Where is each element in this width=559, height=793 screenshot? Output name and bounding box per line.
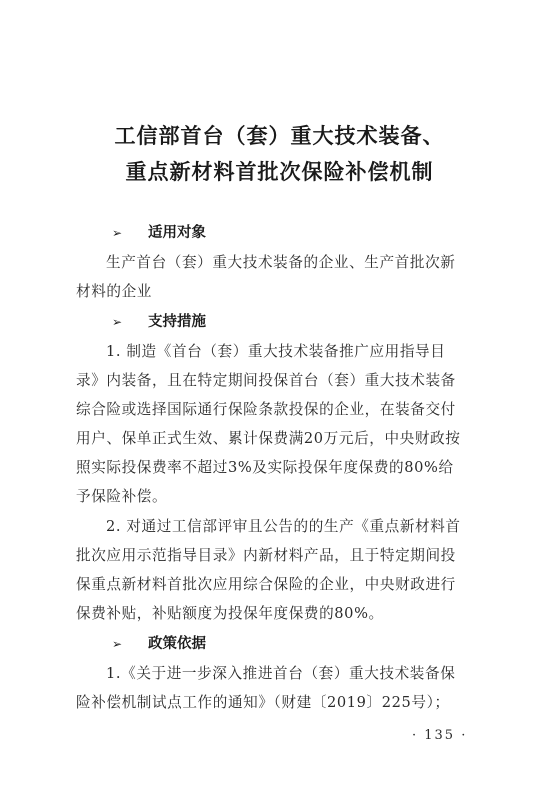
paragraph-line: 1. 制造《首台（套）重大技术装备推广应用指导目 xyxy=(106,341,486,363)
arrow-bullet-icon: ➢ xyxy=(112,311,126,333)
arrow-bullet-icon: ➢ xyxy=(112,633,126,655)
document-title-line-2: 重点新材料首批次保险补偿机制 xyxy=(0,157,559,187)
document-page: 工信部首台（套）重大技术装备、 重点新材料首批次保险补偿机制 ➢ 适用对象 生产… xyxy=(0,0,559,793)
paragraph-line: 保重点新材料首批次应用综合保险的企业，中央财政进行 xyxy=(76,574,486,596)
page-number: · 135 · xyxy=(412,726,467,746)
paragraph-line: 1.《关于进一步深入推进首台（套）重大技术装备保 xyxy=(106,663,486,685)
paragraph-line: 保费补贴，补贴额度为投保年度保费的80%。 xyxy=(76,603,486,625)
paragraph-line: 照实际投保费率不超过3%及实际投保年度保费的80%给 xyxy=(76,457,486,479)
paragraph-line: 用户、保单正式生效、累计保费满20万元后，中央财政按 xyxy=(76,428,486,450)
paragraph-line: 综合险或选择国际通行保险条款投保的企业，在装备交付 xyxy=(76,399,486,421)
paragraph-line: 生产首台（套）重大技术装备的企业、生产首批次新 xyxy=(106,252,486,274)
section-heading-label: 适用对象 xyxy=(148,222,206,244)
section-heading-policy-basis: ➢ 政策依据 xyxy=(112,633,206,655)
section-heading-label: 支持措施 xyxy=(148,311,206,333)
paragraph-line: 2. 对通过工信部评审且公告的的生产《重点新材料首 xyxy=(106,516,486,538)
paragraph-line: 录》内装备，且在特定期间投保首台（套）重大技术装备 xyxy=(76,370,486,392)
paragraph-line: 予保险补偿。 xyxy=(76,486,486,508)
paragraph-line: 险补偿机制试点工作的通知》（财建〔2019〕225号）； xyxy=(76,692,486,714)
document-title-line-1: 工信部首台（套）重大技术装备、 xyxy=(0,121,559,151)
paragraph-line: 材料的企业 xyxy=(76,281,486,303)
paragraph-line: 批次应用示范指导目录》内新材料产品，且于特定期间投 xyxy=(76,545,486,567)
section-heading-label: 政策依据 xyxy=(148,633,206,655)
section-heading-support: ➢ 支持措施 xyxy=(112,311,206,333)
section-heading-applicable: ➢ 适用对象 xyxy=(112,222,206,244)
arrow-bullet-icon: ➢ xyxy=(112,222,126,244)
